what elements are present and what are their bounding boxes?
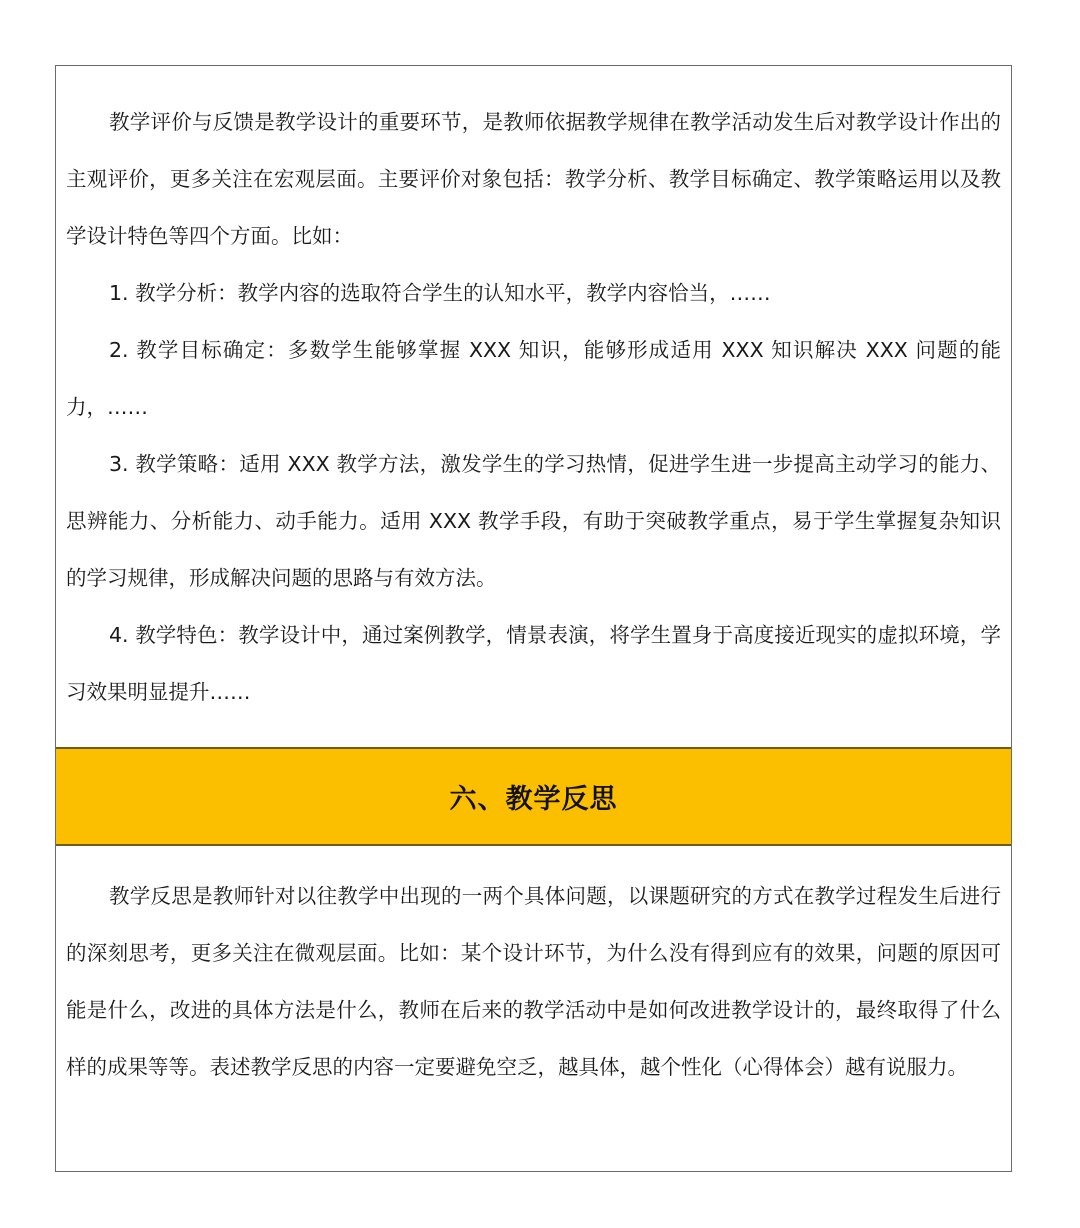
evaluation-item-1: 1. 教学分析：教学内容的选取符合学生的认知水平，教学内容恰当，…… bbox=[66, 265, 1001, 322]
evaluation-section: 教学评价与反馈是教学设计的重要环节，是教师依据教学规律在教学活动发生后对教学设计… bbox=[56, 66, 1011, 747]
reflection-body: 教学反思是教师针对以往教学中出现的一两个具体问题，以课题研究的方式在教学过程发生… bbox=[66, 868, 1001, 1096]
reflection-section: 教学反思是教师针对以往教学中出现的一两个具体问题，以课题研究的方式在教学过程发生… bbox=[56, 846, 1011, 1171]
evaluation-item-2: 2. 教学目标确定：多数学生能够掌握 XXX 知识，能够形成适用 XXX 知识解… bbox=[66, 322, 1001, 436]
evaluation-item-3: 3. 教学策略：适用 XXX 教学方法，激发学生的学习热情，促进学生进一步提高主… bbox=[66, 436, 1001, 607]
document-frame: 教学评价与反馈是教学设计的重要环节，是教师依据教学规律在教学活动发生后对教学设计… bbox=[55, 65, 1012, 1172]
section-heading-band: 六、教学反思 bbox=[56, 747, 1011, 846]
evaluation-intro: 教学评价与反馈是教学设计的重要环节，是教师依据教学规律在教学活动发生后对教学设计… bbox=[66, 94, 1001, 265]
evaluation-item-4: 4. 教学特色：教学设计中，通过案例教学，情景表演，将学生置身于高度接近现实的虚… bbox=[66, 607, 1001, 721]
section-heading: 六、教学反思 bbox=[450, 777, 618, 816]
